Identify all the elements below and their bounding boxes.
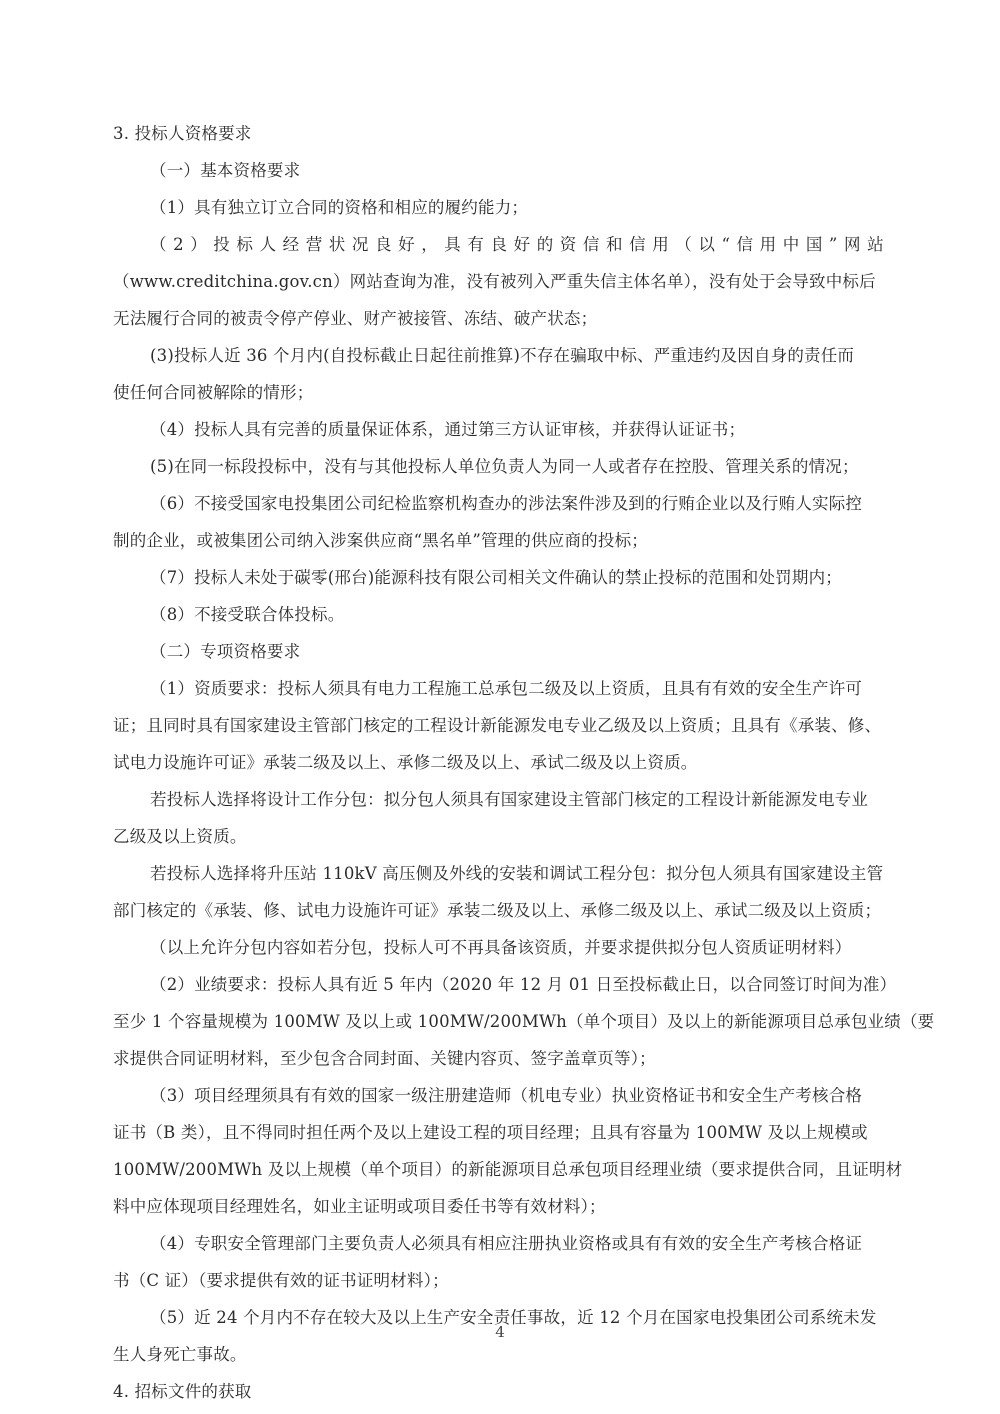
paragraph-special-1-line-3: 试电力设施许可证》承装二级及以上、承修二级及以上、承试二级及以上资质。: [113, 744, 906, 781]
paragraph-special-1-line-1: （1）资质要求：投标人须具有电力工程施工总承包二级及以上资质，且具有有效的安全生…: [113, 670, 906, 707]
section-heading-tender-documents: 4. 招标文件的获取: [113, 1373, 906, 1410]
paragraph-design-subcontract-line-1: 若投标人选择将设计工作分包：拟分包人须具有国家建设主管部门核定的工程设计新能源发…: [113, 781, 906, 818]
paragraph-basic-2-line-2: （www.creditchina.gov.cn）网站查询为准，没有被列入严重失信…: [113, 263, 906, 300]
paragraph-special-1-line-2: 证；且同时具有国家建设主管部门核定的工程设计新能源发电专业乙级及以上资质；且具有…: [113, 707, 906, 744]
paragraph-special-2-line-2: 至少 1 个容量规模为 100MW 及以上或 100MW/200MWh（单个项目…: [113, 1003, 906, 1040]
document-page: 3. 投标人资格要求 （一）基本资格要求 （1）具有独立订立合同的资格和相应的履…: [113, 115, 906, 1410]
paragraph-basic-3-line-1: (3)投标人近 36 个月内(自投标截止日起往前推算)不存在骗取中标、严重违约及…: [113, 337, 906, 374]
paragraph-basic-2-line-1: （2）投标人经营状况良好，具有良好的资信和信用（以“信用中国”网站: [113, 226, 906, 263]
paragraph-special-2-line-3: 求提供合同证明材料，至少包含合同封面、关键内容页、签字盖章页等）；: [113, 1040, 906, 1077]
subheading-special-qualifications: （二）专项资格要求: [113, 633, 906, 670]
paragraph-basic-3-line-2: 使任何合同被解除的情形；: [113, 374, 906, 411]
page-number: 4: [0, 1323, 1000, 1341]
paragraph-basic-5: (5)在同一标段投标中，没有与其他投标人单位负责人为同一人或者存在控股、管理关系…: [113, 448, 906, 485]
paragraph-basic-6-line-2: 制的企业，或被集团公司纳入涉案供应商“黑名单”管理的供应商的投标；: [113, 522, 906, 559]
paragraph-special-3-line-3: 100MW/200MWh 及以上规模（单个项目）的新能源项目总承包项目经理业绩（…: [113, 1151, 906, 1188]
paragraph-design-subcontract-line-2: 乙级及以上资质。: [113, 818, 906, 855]
paragraph-special-3-line-4: 料中应体现项目经理姓名，如业主证明或项目委任书等有效材料）；: [113, 1188, 906, 1225]
paragraph-basic-7: （7）投标人未处于碳零(邢台)能源科技有限公司相关文件确认的禁止投标的范围和处罚…: [113, 559, 906, 596]
paragraph-substation-subcontract-line-1: 若投标人选择将升压站 110kV 高压侧及外线的安装和调试工程分包：拟分包人须具…: [113, 855, 906, 892]
paragraph-basic-4: （4）投标人具有完善的质量保证体系，通过第三方认证审核，并获得认证证书；: [113, 411, 906, 448]
paragraph-substation-subcontract-line-2: 部门核定的《承装、修、试电力设施许可证》承装二级及以上、承修二级及以上、承试二级…: [113, 892, 906, 929]
paragraph-basic-1: （1）具有独立订立合同的资格和相应的履约能力；: [113, 189, 906, 226]
subheading-basic-qualifications: （一）基本资格要求: [113, 152, 906, 189]
paragraph-special-3-line-2: 证书（B 类），且不得同时担任两个及以上建设工程的项目经理；且具有容量为 100…: [113, 1114, 906, 1151]
paragraph-subcontract-note: （以上允许分包内容如若分包，投标人可不再具备该资质，并要求提供拟分包人资质证明材…: [113, 929, 906, 966]
paragraph-basic-8: （8）不接受联合体投标。: [113, 596, 906, 633]
section-heading-bidder-qualifications: 3. 投标人资格要求: [113, 115, 906, 152]
paragraph-special-2-line-1: （2）业绩要求：投标人具有近 5 年内（2020 年 12 月 01 日至投标截…: [113, 966, 906, 1003]
paragraph-basic-6-line-1: （6）不接受国家电投集团公司纪检监察机构查办的涉法案件涉及到的行贿企业以及行贿人…: [113, 485, 906, 522]
paragraph-special-4-line-1: （4）专职安全管理部门主要负责人必须具有相应注册执业资格或具有有效的安全生产考核…: [113, 1225, 906, 1262]
paragraph-special-3-line-1: （3）项目经理须具有有效的国家一级注册建造师（机电专业）执业资格证书和安全生产考…: [113, 1077, 906, 1114]
paragraph-special-4-line-2: 书（C 证）（要求提供有效的证书证明材料）；: [113, 1262, 906, 1299]
paragraph-special-5-line-2: 生人身死亡事故。: [113, 1336, 906, 1373]
paragraph-basic-2-line-3: 无法履行合同的被责令停产停业、财产被接管、冻结、破产状态；: [113, 300, 906, 337]
